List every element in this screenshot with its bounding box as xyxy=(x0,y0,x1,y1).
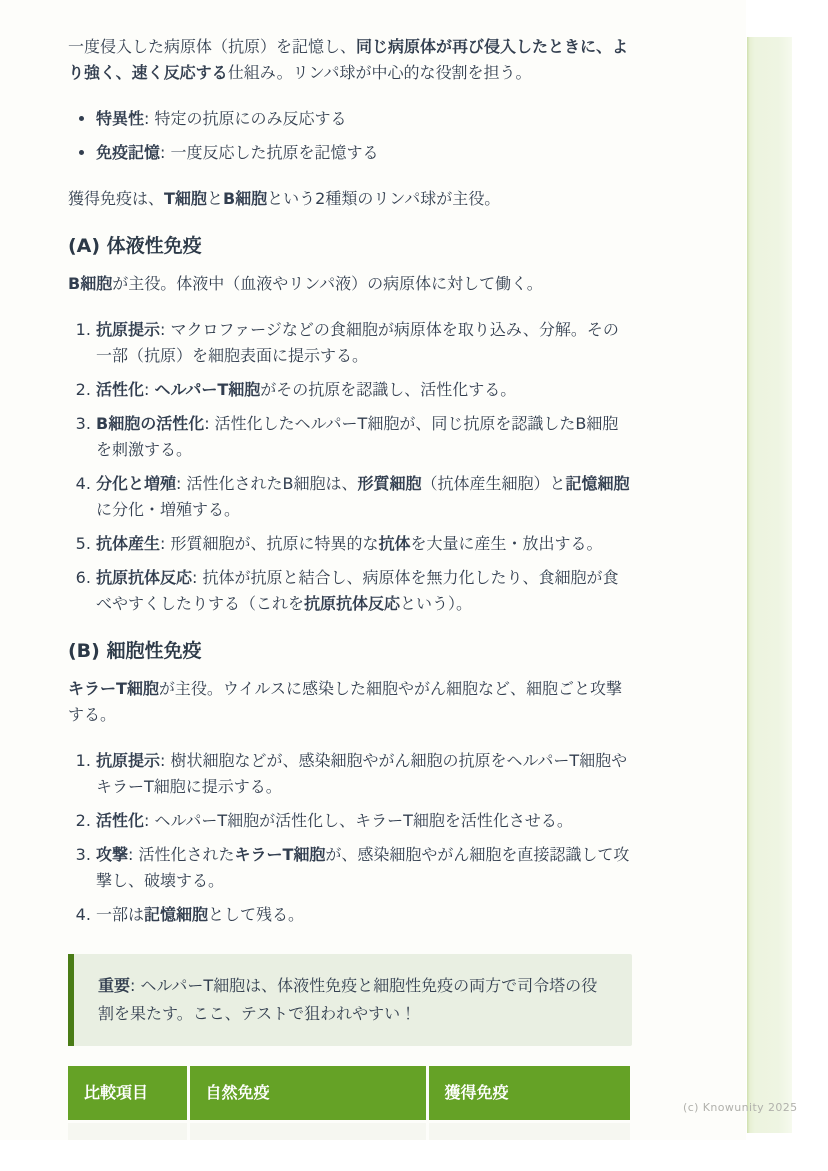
lymphocyte-paragraph: 獲得免疫は、T細胞とB細胞という2種類のリンパ球が主役。 xyxy=(68,186,632,212)
list-item: 一部は記憶細胞として残る。 xyxy=(96,902,632,928)
table-cell xyxy=(188,1122,427,1141)
important-callout-text: 重要: ヘルパーT細胞は、体液性免疫と細胞性免疫の両方で司令塔の役割を果たす。こ… xyxy=(98,972,608,1028)
viewer-background: { "colors": { "accent_green": "#65a226",… xyxy=(0,0,828,1171)
document-page: 一度侵入した病原体（抗原）を記憶し、同じ病原体が再び侵入したときに、より強く、速… xyxy=(0,0,746,1140)
important-callout: 重要: ヘルパーT細胞は、体液性免疫と細胞性免疫の両方で司令塔の役割を果たす。こ… xyxy=(68,954,632,1046)
list-item: 活性化: ヘルパーT細胞が活性化し、キラーT細胞を活性化させる。 xyxy=(96,808,632,834)
comparison-table: 比較項目 自然免疫 獲得免疫 xyxy=(68,1066,630,1140)
section-a-lead: B細胞が主役。体液中（血液やリンパ液）の病原体に対して働く。 xyxy=(68,271,632,297)
watermark: (c) Knowunity 2025 xyxy=(683,1101,798,1115)
comparison-table-header-row: 比較項目 自然免疫 獲得免疫 xyxy=(68,1066,630,1122)
column-header: 自然免疫 xyxy=(188,1066,427,1122)
list-item: 抗体産生: 形質細胞が、抗原に特異的な抗体を大量に産生・放出する。 xyxy=(96,531,632,557)
section-b-lead: キラーT細胞が主役。ウイルスに感染した細胞やがん細胞など、細胞ごと攻撃する。 xyxy=(68,676,632,728)
list-item: 抗原抗体反応: 抗体が抗原と結合し、病原体を無力化したり、食細胞が食べやすくした… xyxy=(96,565,632,617)
list-item: 抗原提示: 樹状細胞などが、感染細胞やがん細胞の抗原をヘルパーT細胞やキラーT細… xyxy=(96,748,632,800)
list-item: 抗原提示: マクロファージなどの食細胞が病原体を取り込み、分解。その一部（抗原）… xyxy=(96,317,632,369)
section-a-heading: (A) 体液性免疫 xyxy=(68,234,632,259)
column-header: 比較項目 xyxy=(68,1066,188,1122)
list-item: 分化と増殖: 活性化されたB細胞は、形質細胞（抗体産生細胞）と記憶細胞に分化・増… xyxy=(96,471,632,523)
list-item: 活性化: ヘルパーT細胞がその抗原を認識し、活性化する。 xyxy=(96,377,632,403)
document-body: 一度侵入した病原体（抗原）を記憶し、同じ病原体が再び侵入したときに、より強く、速… xyxy=(68,34,632,1140)
column-header: 獲得免疫 xyxy=(427,1066,630,1122)
list-item: 特異性: 特定の抗原にのみ反応する xyxy=(96,106,632,132)
feature-list: 特異性: 特定の抗原にのみ反応する 免疫記憶: 一度反応した抗原を記憶する xyxy=(68,106,632,166)
table-cell xyxy=(427,1122,630,1141)
list-item: B細胞の活性化: 活性化したヘルパーT細胞が、同じ抗原を認識したB細胞を刺激する… xyxy=(96,411,632,463)
section-a-steps: 抗原提示: マクロファージなどの食細胞が病原体を取り込み、分解。その一部（抗原）… xyxy=(68,317,632,617)
intro-paragraph: 一度侵入した病原体（抗原）を記憶し、同じ病原体が再び侵入したときに、より強く、速… xyxy=(68,34,632,86)
section-b-heading: (B) 細胞性免疫 xyxy=(68,639,632,664)
section-b-steps: 抗原提示: 樹状細胞などが、感染細胞やがん細胞の抗原をヘルパーT細胞やキラーT細… xyxy=(68,748,632,928)
page-edge-strip xyxy=(747,37,792,1133)
table-cell xyxy=(68,1122,188,1141)
list-item: 免疫記憶: 一度反応した抗原を記憶する xyxy=(96,140,632,166)
list-item: 攻撃: 活性化されたキラーT細胞が、感染細胞やがん細胞を直接認識して攻撃し、破壊… xyxy=(96,842,632,894)
table-row xyxy=(68,1122,630,1141)
